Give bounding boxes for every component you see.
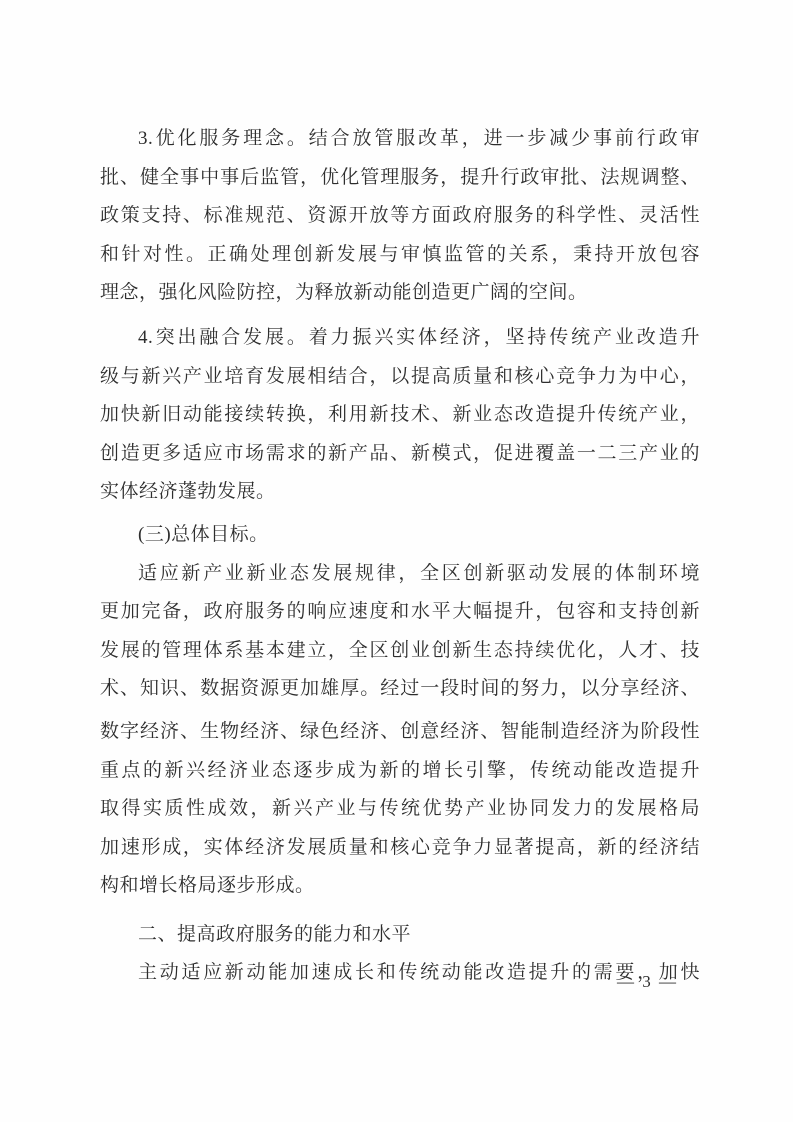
text-line: 批、健全事中事后监管，优化管理服务，提升行政审批、法规调整、 (100, 159, 700, 198)
paragraph-end-line: 构和增长格局逐步形成。 (100, 867, 700, 906)
text-line: 数字经济、生物经济、绿色经济、创意经济、智能制造经济为阶段性 (100, 713, 700, 752)
text-line: 取得实质性成效，新兴产业与传统优势产业协同发力的发展格局 (100, 790, 700, 829)
text-line: 创造更多适应市场需求的新产品、新模式，促进覆盖一二三产业的 (100, 435, 700, 474)
paragraph-start-line: 适应新产业新业态发展规律，全区创新驱动发展的体制环境 (100, 555, 700, 594)
page-number: — 3 — (617, 972, 678, 991)
text-line: 加快新旧动能接续转换，利用新技术、新业态改造提升传统产业， (100, 396, 700, 435)
section-heading: 二、提高政府服务的能力和水平 (100, 916, 700, 955)
paragraph-end-line: 理念，强化风险防控，为释放新动能创造更广阔的空间。 (100, 274, 700, 313)
text-line: 发展的管理体系基本建立，全区创业创新生态持续优化，人才、技 (100, 632, 700, 671)
paragraph-start-line: 3.优化服务理念。结合放管服改革，进一步减少事前行政审 (100, 120, 700, 159)
page-footer: — 3 — (0, 972, 793, 992)
text-line: 政策支持、标准规范、资源开放等方面政府服务的科学性、灵活性 (100, 197, 700, 236)
text-line: 加速形成，实体经济发展质量和核心竞争力显著提高，新的经济结 (100, 829, 700, 868)
text-line: 术、知识、数据资源更加雄厚。经过一段时间的努力，以分享经济、 (100, 670, 700, 709)
document-body: 3.优化服务理念。结合放管服改革，进一步减少事前行政审 批、健全事中事后监管，优… (100, 120, 700, 993)
text-line: 级与新兴产业培育发展相结合，以提高质量和核心竞争力为中心， (100, 358, 700, 397)
text-line: 和针对性。正确处理创新发展与审慎监管的关系，秉持开放包容 (100, 236, 700, 275)
text-line: 重点的新兴经济业态逐步成为新的增长引擎，传统动能改造提升 (100, 752, 700, 791)
subsection-heading: (三)总体目标。 (100, 516, 700, 555)
document-page: 3.优化服务理念。结合放管服改革，进一步减少事前行政审 批、健全事中事后监管，优… (0, 0, 793, 1122)
paragraph-end-line: 实体经济蓬勃发展。 (100, 473, 700, 512)
paragraph-start-line: 4.突出融合发展。着力振兴实体经济，坚持传统产业改造升 (100, 319, 700, 358)
text-line: 更加完备，政府服务的响应速度和水平大幅提升，包容和支持创新 (100, 593, 700, 632)
